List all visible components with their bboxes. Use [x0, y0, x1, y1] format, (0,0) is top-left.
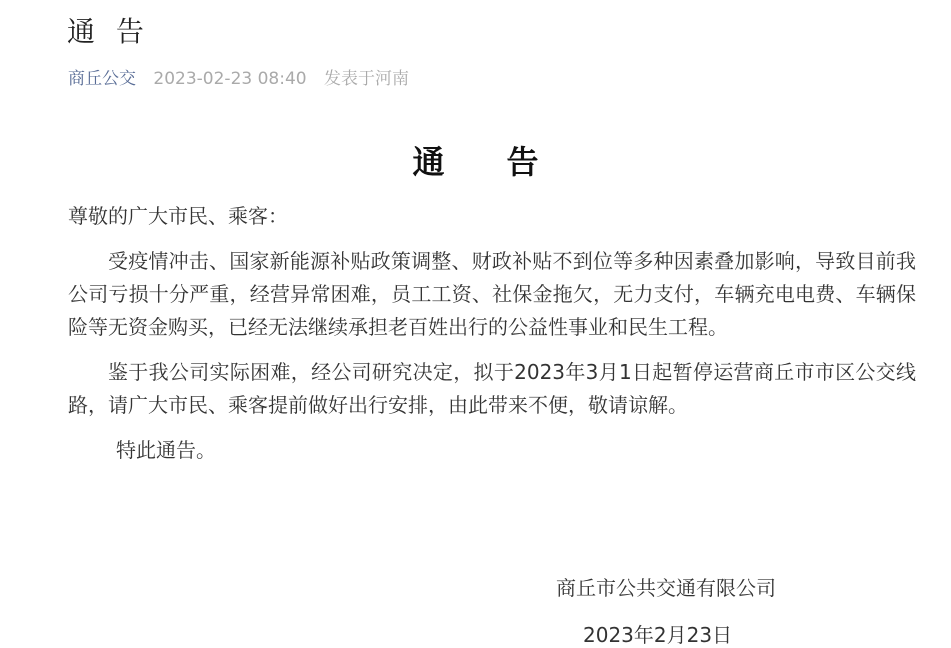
notice-body: 尊敬的广大市民、乘客： 受疫情冲击、国家新能源补贴政策调整、财政补贴不到位等多种… [68, 200, 916, 467]
notice-heading-char-1: 通 [412, 140, 444, 184]
paragraph-decision: 鉴于我公司实际困难，经公司研究决定，拟于2023年3月1日起暂停运营商丘市市区公… [68, 356, 916, 422]
signature-date: 2023年2月23日 [583, 619, 732, 648]
author-link[interactable]: 商丘公交 [68, 69, 136, 89]
notice-heading: 通告 [0, 140, 951, 184]
salutation: 尊敬的广大市民、乘客： [68, 200, 916, 233]
signature-company: 商丘市公共交通有限公司 [556, 572, 776, 605]
publish-time: 2023-02-23 08:40 [153, 69, 306, 89]
closing-line: 特此通告。 [68, 434, 916, 467]
article-meta: 商丘公交 2023-02-23 08:40 发表于河南 [68, 66, 409, 92]
article-title: 通 告 [67, 12, 150, 52]
paragraph-reason: 受疫情冲击、国家新能源补贴政策调整、财政补贴不到位等多种因素叠加影响，导致目前我… [68, 245, 916, 344]
publish-location: 发表于河南 [324, 69, 409, 89]
notice-heading-char-2: 告 [507, 140, 539, 184]
